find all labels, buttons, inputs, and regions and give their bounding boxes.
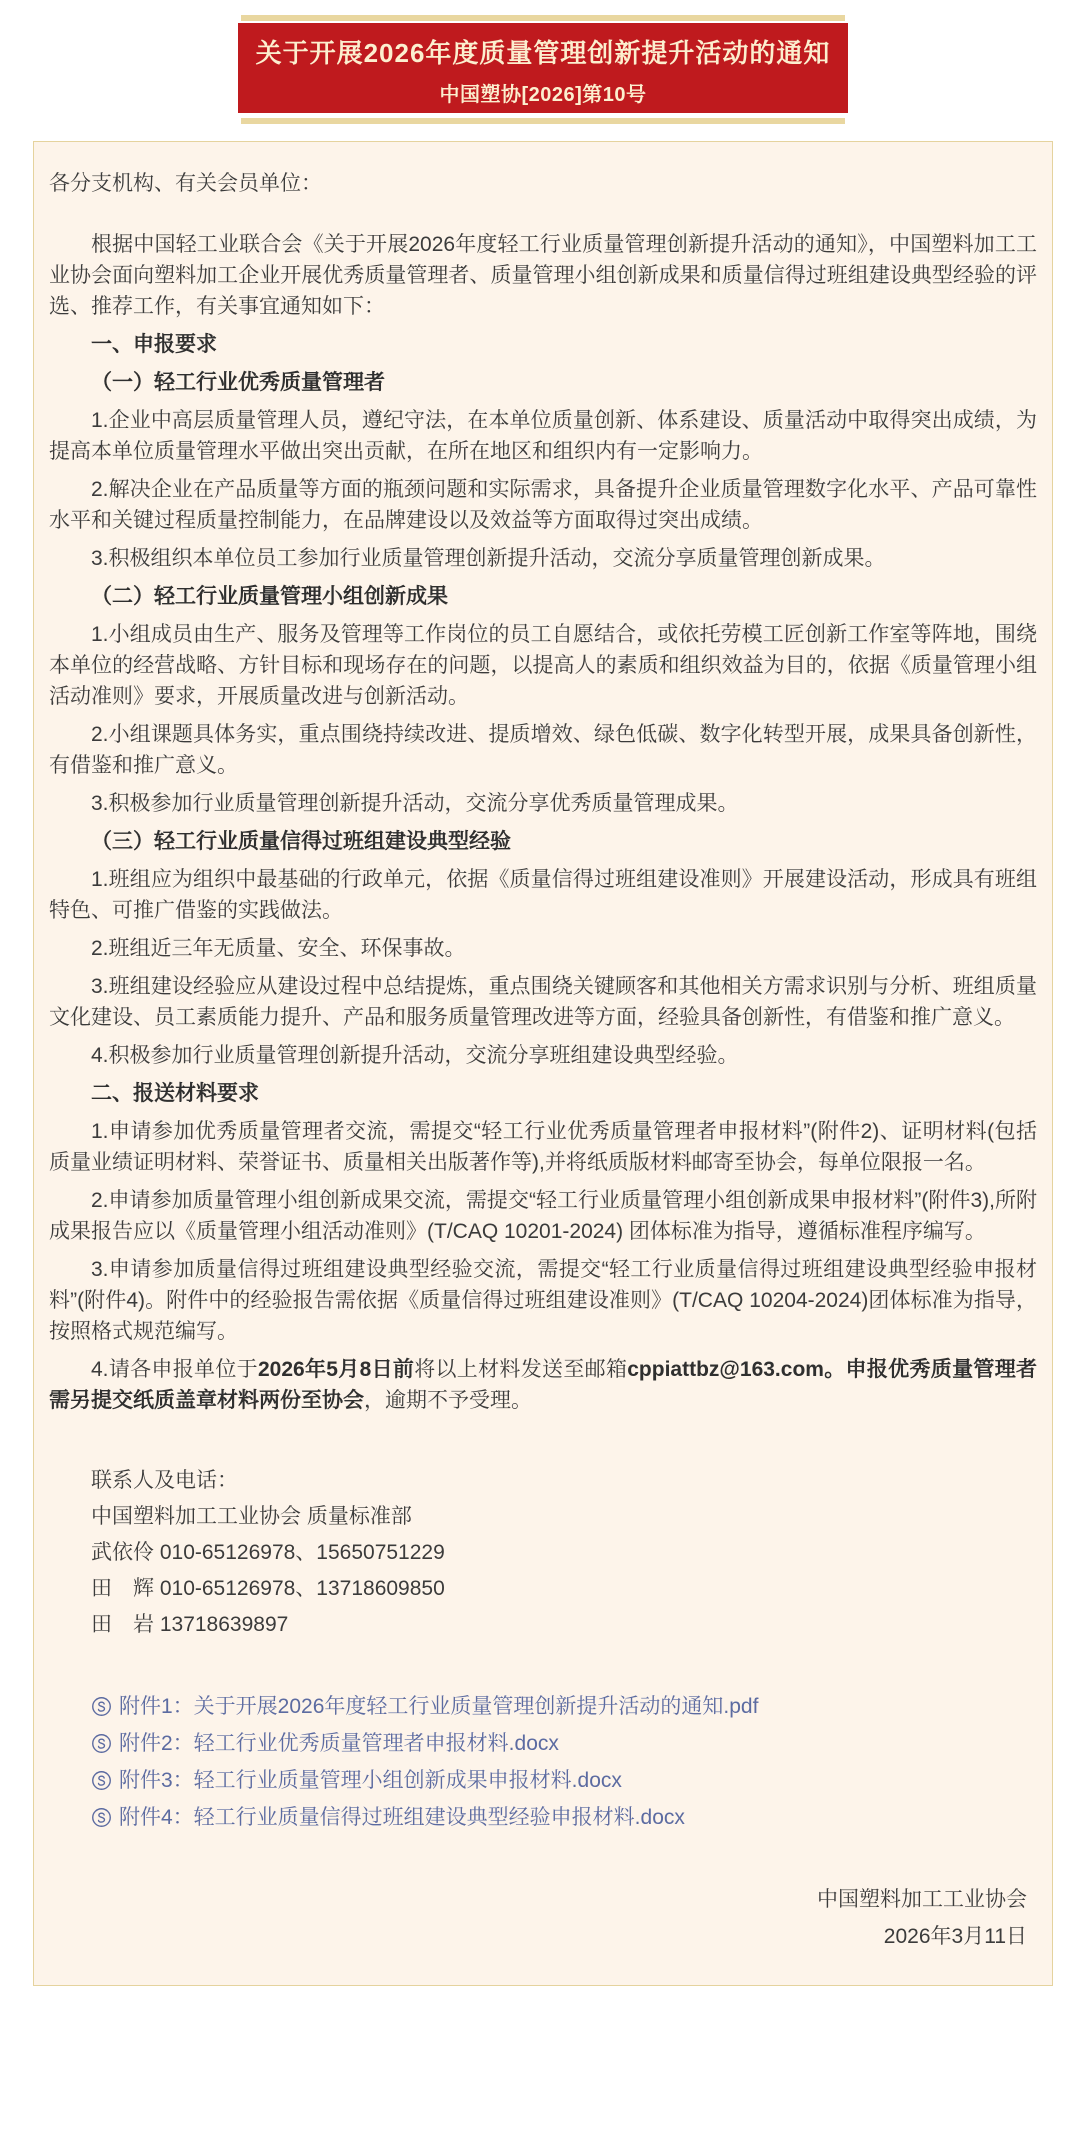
notice-card: 各分支机构、有关会员单位： 根据中国轻工业联合会《关于开展2026年度轻工行业质…: [33, 141, 1053, 1986]
paragraph: 3.积极参加行业质量管理创新提升活动，交流分享优秀质量管理成果。: [49, 788, 1037, 819]
attachment-link-1[interactable]: 附件1：关于开展2026年度轻工行业质量管理创新提升活动的通知.pdf: [119, 1688, 758, 1725]
deadline-date: 2026年5月8日前: [258, 1358, 414, 1381]
attachment-row-2: 附件2：轻工行业优秀质量管理者申报材料.docx: [49, 1725, 1037, 1762]
deadline-text: 将以上材料发送至邮箱: [414, 1358, 627, 1381]
paragraph: 1.企业中高层质量管理人员，遵纪守法，在本单位质量创新、体系建设、质量活动中取得…: [49, 405, 1037, 467]
paragraph: 4.积极参加行业质量管理创新提升活动，交流分享班组建设典型经验。: [49, 1040, 1037, 1071]
contact-person: 武依伶 010-65126978、15650751229: [49, 1535, 1037, 1571]
paragraph: 1.班组应为组织中最基础的行政单元，依据《质量信得过班组建设准则》开展建设活动，…: [49, 864, 1037, 926]
intro-paragraph: 根据中国轻工业联合会《关于开展2026年度轻工行业质量管理创新提升活动的通知》，…: [49, 229, 1037, 322]
section-1-heading: 一、申报要求: [49, 329, 1037, 360]
section-1-1-heading: （一）轻工行业优秀质量管理者: [49, 367, 1037, 398]
contact-person: 田 岩 13718639897: [49, 1607, 1037, 1643]
paragraph: 1.小组成员由生产、服务及管理等工作岗位的员工自愿结合，或依托劳模工匠创新工作室…: [49, 619, 1037, 712]
attachment-row-4: 附件4：轻工行业质量信得过班组建设典型经验申报材料.docx: [49, 1799, 1037, 1836]
deadline-text: ，逾期不予受理。: [364, 1389, 532, 1412]
signature-block: 中国塑料加工工业协会 2026年3月11日: [49, 1881, 1037, 1955]
section-2-heading: 二、报送材料要求: [49, 1078, 1037, 1109]
paperclip-icon: [91, 1733, 112, 1754]
header-ribbon-bottom: [241, 118, 845, 124]
paragraph: 1.申请参加优秀质量管理者交流，需提交“轻工行业优秀质量管理者申报材料”(附件2…: [49, 1116, 1037, 1178]
paragraph: 2.小组课题具体务实，重点围绕持续改进、提质增效、绿色低碳、数字化转型开展，成果…: [49, 719, 1037, 781]
attachment-link-2[interactable]: 附件2：轻工行业优秀质量管理者申报材料.docx: [119, 1725, 559, 1762]
deadline-text: 4.请各申报单位于: [91, 1358, 258, 1381]
section-1-2-heading: （二）轻工行业质量管理小组创新成果: [49, 581, 1037, 612]
spacer: [49, 1643, 1037, 1688]
paragraph: 2.班组近三年无质量、安全、环保事故。: [49, 933, 1037, 964]
paperclip-icon: [91, 1770, 112, 1791]
signature-date: 2026年3月11日: [49, 1918, 1027, 1955]
paperclip-icon: [91, 1807, 112, 1828]
salutation: 各分支机构、有关会员单位：: [49, 168, 1037, 199]
spacer: [49, 1423, 1037, 1463]
notice-title: 关于开展2026年度质量管理创新提升活动的通知: [256, 36, 831, 70]
contact-department: 中国塑料加工工业协会 质量标准部: [49, 1499, 1037, 1535]
attachment-link-3[interactable]: 附件3：轻工行业质量管理小组创新成果申报材料.docx: [119, 1762, 622, 1799]
section-1-3-heading: （三）轻工行业质量信得过班组建设典型经验: [49, 826, 1037, 857]
paragraph: 2.解决企业在产品质量等方面的瓶颈问题和实际需求，具备提升企业质量管理数字化水平…: [49, 474, 1037, 536]
paragraph: 3.积极组织本单位员工参加行业质量管理创新提升活动，交流分享质量管理创新成果。: [49, 543, 1037, 574]
attachment-link-4[interactable]: 附件4：轻工行业质量信得过班组建设典型经验申报材料.docx: [119, 1799, 685, 1836]
attachment-row-3: 附件3：轻工行业质量管理小组创新成果申报材料.docx: [49, 1762, 1037, 1799]
paragraph: 3.申请参加质量信得过班组建设典型经验交流，需提交“轻工行业质量信得过班组建设典…: [49, 1254, 1037, 1347]
paperclip-icon: [91, 1696, 112, 1717]
spacer: [49, 1836, 1037, 1881]
paragraph: 2.申请参加质量管理小组创新成果交流，需提交“轻工行业质量管理小组创新成果申报材…: [49, 1185, 1037, 1247]
deadline-paragraph: 4.请各申报单位于2026年5月8日前将以上材料发送至邮箱cppiattbz@1…: [49, 1354, 1037, 1416]
notice-banner: 关于开展2026年度质量管理创新提升活动的通知 中国塑协[2026]第10号: [238, 23, 848, 113]
signature-org: 中国塑料加工工业协会: [49, 1881, 1027, 1918]
header-ribbon-top: [241, 15, 845, 21]
document-number: 中国塑协[2026]第10号: [439, 78, 646, 107]
paragraph: 3.班组建设经验应从建设过程中总结提炼，重点围绕关键顾客和其他相关方需求识别与分…: [49, 971, 1037, 1033]
contact-label: 联系人及电话：: [49, 1463, 1037, 1499]
contact-person: 田 辉 010-65126978、13718609850: [49, 1571, 1037, 1607]
attachment-row-1: 附件1：关于开展2026年度轻工行业质量管理创新提升活动的通知.pdf: [49, 1688, 1037, 1725]
notice-header: 关于开展2026年度质量管理创新提升活动的通知 中国塑协[2026]第10号: [0, 0, 1086, 124]
